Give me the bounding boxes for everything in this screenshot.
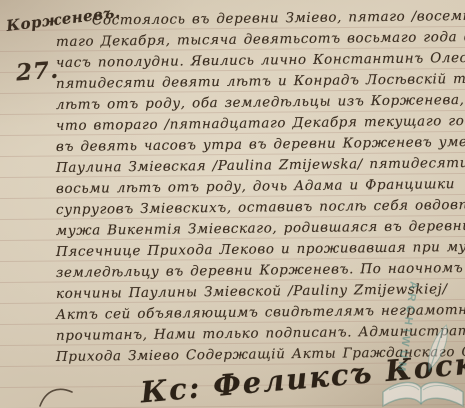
record-body: Состоялось въ деревни Зміево, пятаго /во… <box>56 11 460 368</box>
next-entry-initial-stroke <box>38 384 78 408</box>
margin-record-number: 27. <box>15 57 60 87</box>
manuscript-scan: Корженевъ. 27. Состоялось въ деревни Змі… <box>0 0 465 408</box>
